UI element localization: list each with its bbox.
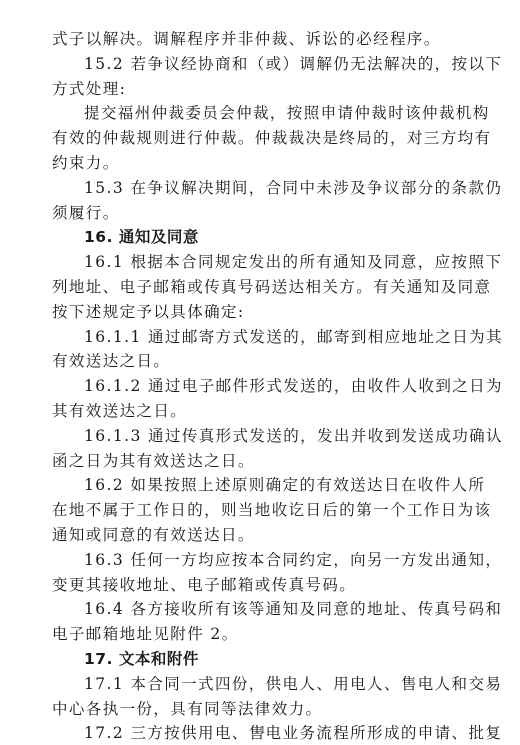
paragraph-line: 按下述规定予以具体确定: (52, 300, 468, 325)
paragraph-line: 须履行。 (52, 201, 468, 226)
paragraph-line: 提交福州仲裁委员会仲裁，按照申请仲裁时该仲裁机构 (52, 101, 468, 126)
paragraph-line: 中心各执一份，具有同等法律效力。 (52, 697, 468, 722)
paragraph-line: 16.4 各方接收所有该等通知及同意的地址、传真号码和 (52, 597, 468, 622)
paragraph-line: 16.1.2 通过电子邮件形式发送的，由收件人收到之日为 (52, 374, 468, 399)
page-number: 11 (0, 726, 520, 736)
paragraph-line: 16.1.1 通过邮寄方式发送的，邮寄到相应地址之日为其 (52, 325, 468, 350)
paragraph-line: 17.1 本合同一式四份，供电人、用电人、售电人和交易 (52, 672, 468, 697)
paragraph-line: 变更其接收地址、电子邮箱或传真号码。 (52, 573, 468, 598)
paragraph-line: 16.1.3 通过传真形式发送的，发出并收到发送成功确认 (52, 424, 468, 449)
paragraph-line: 列地址、电子邮箱或传真号码送达相关方。有关通知及同意 (52, 275, 468, 300)
paragraph-line: 函之日为其有效送达之日。 (52, 449, 468, 474)
paragraph-line: 16.2 如果按照上述原则确定的有效送达日在收件人所 (52, 473, 468, 498)
paragraph-line: 16.1 根据本合同规定发出的所有通知及同意，应按照下 (52, 250, 468, 275)
document-page: 式子以解决。调解程序并非仲裁、诉讼的必经程序。15.2 若争议经协商和（或）调解… (52, 27, 468, 745)
paragraph-line: 在地不属于工作日的，则当地收讫日后的第一个工作日为该 (52, 498, 468, 523)
paragraph-line: 有效的仲裁规则进行仲裁。仲裁裁决是终局的，对三方均有 (52, 126, 468, 151)
paragraph-line: 电子邮箱地址见附件 2。 (52, 622, 468, 647)
paragraph-line: 有效送达之日。 (52, 349, 468, 374)
paragraph-line: 其有效送达之日。 (52, 399, 468, 424)
section-heading: 17. 文本和附件 (52, 647, 468, 672)
paragraph-line: 约束力。 (52, 151, 468, 176)
paragraph-line: 方式处理: (52, 77, 468, 102)
paragraph-line: 通知或同意的有效送达日。 (52, 523, 468, 548)
paragraph-line: 式子以解决。调解程序并非仲裁、诉讼的必经程序。 (52, 27, 468, 52)
paragraph-line: 15.2 若争议经协商和（或）调解仍无法解决的，按以下 (52, 52, 468, 77)
paragraph-line: 15.3 在争议解决期间，合同中未涉及争议部分的条款仍 (52, 176, 468, 201)
paragraph-line: 16.3 任何一方均应按本合同约定，向另一方发出通知， (52, 548, 468, 573)
section-heading: 16. 通知及同意 (52, 225, 468, 250)
